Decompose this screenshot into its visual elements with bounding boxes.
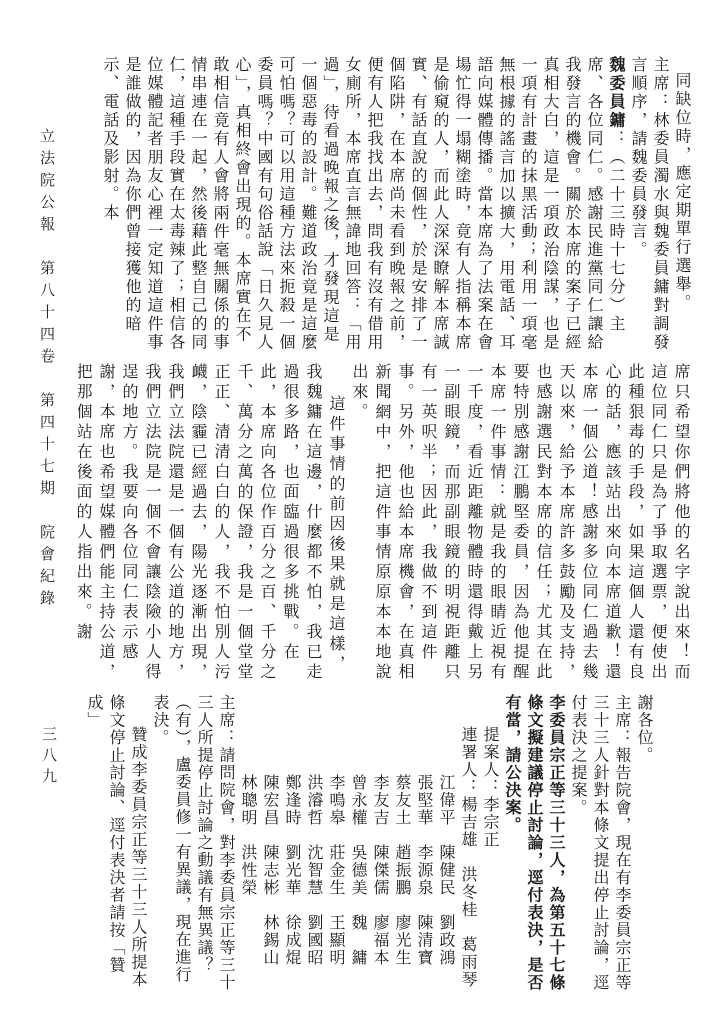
speech-paragraph: 席只希望你們將他的名字說出來！而這位同仁只是為了爭取選票，便使出此種狠毒的手段，… <box>347 363 692 691</box>
speech-paragraph: 謝各位。 <box>632 694 654 994</box>
speech-paragraph: 魏委員鏞：（二十三時十七分）主席、各位同仁。感謝民進黨同仁讓給我發言的機會。關於… <box>98 56 626 358</box>
proposer-line: 提案人：李宗正 <box>478 694 500 994</box>
text-tier-middle: 席只希望你們將他的名字說出來！而這位同仁只是為了爭取選票，便使出此種狠毒的手段，… <box>78 363 692 691</box>
chair-statement: 主席：請問院會，對李委員宗正等三十三人所提停止討論之動議有無異議？（有），盧委員… <box>148 694 236 994</box>
continued-sentence: 同缺位時，應定期單行選舉。 <box>670 56 692 358</box>
page-number: 三八九 <box>38 726 59 789</box>
cosigner-line: 連署人：楊吉雄 洪冬桂 葛雨琴 <box>456 694 478 994</box>
main-text-area: 同缺位時，應定期單行選舉。主席：林委員濁水與魏委員鏞對調發言順序，請魏委員發言。… <box>78 56 692 994</box>
sidebar-running-title: 立法院公報 第八十四卷 第四十七期 院會紀錄 <box>36 128 57 612</box>
names-line: 張堅華 李源泉 陳清寶 <box>412 694 434 994</box>
names-line: 蔡友土 趙振鵬 廖光生 <box>390 694 412 994</box>
chair-statement: 主席：林委員濁水與魏委員鏞對調發言順序，請魏委員發言。 <box>626 56 670 358</box>
names-line: 曾永權 吳德美 魏 鏞 <box>346 694 368 994</box>
names-line: 鄭逢時 劉光華 徐成焜 <box>280 694 302 994</box>
names-line: 林聰明 洪性榮 <box>236 694 258 994</box>
gazette-page: 立法院公報 第八十四卷 第四十七期 院會紀錄 三八九 同缺位時，應定期單行選舉。… <box>0 0 702 1024</box>
speaker-name: 魏委員鏞 <box>607 56 624 130</box>
names-line: 陳宏昌 陳志彬 林錫山 <box>258 694 280 994</box>
motion-text: 李委員宗正等三十三人，為第五十七條條文擬建議停止討論，逕付表決，是否有當，請公決… <box>500 694 566 994</box>
names-line: 李鳴皋 莊金生 王顯明 <box>324 694 346 994</box>
speech-paragraph: 這件事情的前因後果就是這樣，我魏鏞在這邊，什麼都不怕，我已走過很多路，也面臨過很… <box>78 363 347 691</box>
text-tier-bottom: 謝各位。主席：報告院會，現在有李委員宗正等三十三人針對本條文提出停止討論，逕付表… <box>78 694 692 994</box>
names-line: 洪濬哲 沈智慧 劉國昭 <box>302 694 324 994</box>
chair-statement: 主席：報告院會，現在有李委員宗正等三十三人針對本條文提出停止討論，逕付表決之提案… <box>566 694 632 994</box>
names-line: 李友吉 陳傑儒 廖福本 <box>368 694 390 994</box>
text-tier-top: 同缺位時，應定期單行選舉。主席：林委員濁水與魏委員鏞對調發言順序，請魏委員發言。… <box>78 56 692 358</box>
vote-instruction: 贊成李委員宗正等三十三人所提本條文停止討論、逕付表決者請按「贊成」 <box>82 694 148 994</box>
names-line: 江偉平 陳健民 劉政鴻 <box>434 694 456 994</box>
